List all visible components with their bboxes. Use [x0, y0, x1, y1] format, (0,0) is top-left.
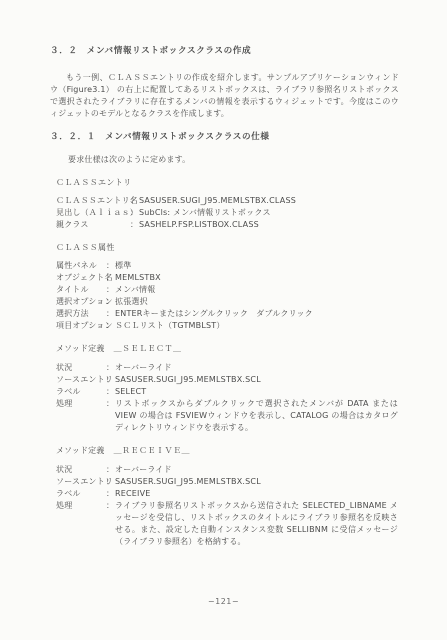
spec-value: SASUSER.SUGI_J95.MEMLSTBX.SCL: [115, 374, 398, 386]
method-receive-heading: メソッド定義 ＿ＲＥＣＥＩＶＥ＿: [56, 445, 399, 457]
spec-row-source-entry: ソースエントリ ： SASUSER.SUGI_J95.MEMLSTBX.SCL: [56, 374, 399, 386]
spec-value: SASUSER.SUGI_J95.MEMLSTBX.SCL: [115, 476, 398, 488]
spec-label: タイトル: [56, 284, 106, 296]
spec-value: リストボックスからダブルクリックで選択されたメンバが DATA または VIEW…: [115, 398, 398, 434]
spec-label: ＣＬＡＳＳエントリ名: [56, 195, 130, 207]
colon-separator: ：: [130, 219, 139, 231]
spec-label: 処理: [56, 398, 106, 410]
spec-value: オーバーライド: [115, 362, 398, 374]
spec-label: ラベル: [56, 488, 106, 500]
spec-label: 選択方法: [56, 308, 106, 320]
spec-value: 拡張選択: [115, 296, 398, 308]
spec-value: RECEIVE: [115, 488, 398, 500]
spec-label: ソースエントリ: [56, 476, 106, 488]
spec-row-attr-panel: 属性パネル ： 標準: [56, 260, 399, 272]
document-page: ３．２ メンバ情報リストボックスクラスの作成 もう一例、ＣＬＡＳＳエントリの作成…: [0, 0, 447, 640]
spec-row-alias: 見出し（Ａｌｉａｓ） ： SubCls: メンバ情報リストボックス: [56, 207, 399, 219]
spec-value: 標準: [115, 260, 398, 272]
spec-label: 属性パネル: [56, 260, 106, 272]
spec-row-status: 状況 ： オーバーライド: [56, 464, 399, 476]
class-attributes-spec: 属性パネル ： 標準 オブジェクト名 ： MEMLSTBX タイトル ： メンバ…: [56, 260, 399, 332]
spec-row-processing: 処理 ： ライブラリ参照名リストボックスから送信された SELECTED_LIB…: [56, 500, 399, 548]
colon-separator: ：: [106, 398, 115, 410]
spec-row-source-entry: ソースエントリ ： SASUSER.SUGI_J95.MEMLSTBX.SCL: [56, 476, 399, 488]
spec-label: 選択オプション: [56, 296, 106, 308]
spec-label: ラベル: [56, 386, 106, 398]
method-select-name: ＿ＳＥＬＥＣＴ＿: [114, 343, 182, 355]
colon-separator: ：: [106, 260, 115, 272]
spec-row-select-method: 選択方法 ： ENTERキーまたはシングルクリック ダブルクリック: [56, 308, 399, 320]
spec-label: ソースエントリ: [56, 374, 106, 386]
spec-row-title: タイトル ： メンバ情報: [56, 284, 399, 296]
spec-value: SubCls: メンバ情報リストボックス: [139, 207, 394, 219]
spec-row-label: ラベル ： RECEIVE: [56, 488, 399, 500]
spec-label: 処理: [56, 500, 106, 512]
class-entry-spec: ＣＬＡＳＳエントリ名 ： SASUSER.SUGI_J95.MEMLSTBX.C…: [56, 195, 399, 231]
colon-separator: ：: [106, 488, 115, 500]
spec-row-parent-class: 親クラス ： SASHELP.FSP.LISTBOX.CLASS: [56, 219, 399, 231]
spec-row-status: 状況 ： オーバーライド: [56, 362, 399, 374]
spec-value: オーバーライド: [115, 464, 398, 476]
method-definition-label: メソッド定義: [56, 343, 105, 355]
colon-separator: ：: [106, 464, 115, 476]
spec-row-object-name: オブジェクト名 ： MEMLSTBX: [56, 272, 399, 284]
spec-label: 親クラス: [56, 219, 130, 231]
method-receive-spec: 状況 ： オーバーライド ソースエントリ ： SASUSER.SUGI_J95.…: [56, 464, 399, 548]
colon-separator: ：: [130, 195, 139, 207]
spec-row-class-entry-name: ＣＬＡＳＳエントリ名 ： SASUSER.SUGI_J95.MEMLSTBX.C…: [56, 195, 399, 207]
spec-label: 状況: [56, 362, 106, 374]
method-definition-label: メソッド定義: [56, 445, 105, 457]
colon-separator: ：: [106, 500, 115, 512]
spec-row-label: ラベル ： SELECT: [56, 386, 399, 398]
subsection-heading: ３．２．１ メンバ情報リストボックスクラスの仕様: [50, 131, 399, 143]
spec-row-select-option: 選択オプション ： 拡張選択: [56, 296, 399, 308]
colon-separator: ：: [106, 284, 115, 296]
spec-value: SELECT: [115, 386, 398, 398]
colon-separator: ：: [106, 362, 115, 374]
requirements-lead: 要求仕様は次のように定めます。: [68, 154, 399, 166]
colon-separator: ：: [130, 207, 139, 219]
spec-value: SASUSER.SUGI_J95.MEMLSTBX.CLASS: [139, 195, 394, 207]
spec-value: メンバ情報: [115, 284, 398, 296]
method-receive-name: ＿ＲＥＣＥＩＶＥ＿: [114, 445, 191, 457]
spec-label: 見出し（Ａｌｉａｓ）: [56, 207, 130, 219]
spec-label: オブジェクト名: [56, 272, 106, 284]
spec-value: ENTERキーまたはシングルクリック ダブルクリック: [115, 308, 398, 320]
colon-separator: ：: [106, 374, 115, 386]
colon-separator: ：: [106, 476, 115, 488]
method-select-heading: メソッド定義 ＿ＳＥＬＥＣＴ＿: [56, 343, 399, 355]
page-number: −121−: [0, 596, 447, 608]
spec-value: ライブラリ参照名リストボックスから送信された SELECTED_LIBNAME …: [115, 500, 398, 548]
intro-paragraph: もう一例、ＣＬＡＳＳエントリの作成を紹介します。サンプルアプリケーションウィンド…: [50, 72, 399, 120]
spec-value: SASHELP.FSP.LISTBOX.CLASS: [139, 219, 394, 231]
colon-separator: ：: [106, 272, 115, 284]
section-heading: ３．２ メンバ情報リストボックスクラスの作成: [50, 45, 399, 57]
colon-separator: ：: [106, 386, 115, 398]
class-entry-title: ＣＬＡＳＳエントリ: [56, 177, 399, 189]
colon-separator: ：: [106, 308, 115, 320]
method-select-spec: 状況 ： オーバーライド ソースエントリ ： SASUSER.SUGI_J95.…: [56, 362, 399, 434]
spec-value: MEMLSTBX: [115, 272, 398, 284]
spec-label: 項目オプション: [56, 320, 106, 332]
colon-separator: ：: [106, 320, 115, 332]
spec-row-processing: 処理 ： リストボックスからダブルクリックで選択されたメンバが DATA または…: [56, 398, 399, 434]
class-attributes-title: ＣＬＡＳＳ属性: [56, 242, 399, 254]
spec-label: 状況: [56, 464, 106, 476]
spec-row-item-option: 項目オプション ： ＳＣＬリスト（TGTMBLST）: [56, 320, 399, 332]
spec-value: ＳＣＬリスト（TGTMBLST）: [115, 320, 398, 332]
colon-separator: ：: [106, 296, 115, 308]
